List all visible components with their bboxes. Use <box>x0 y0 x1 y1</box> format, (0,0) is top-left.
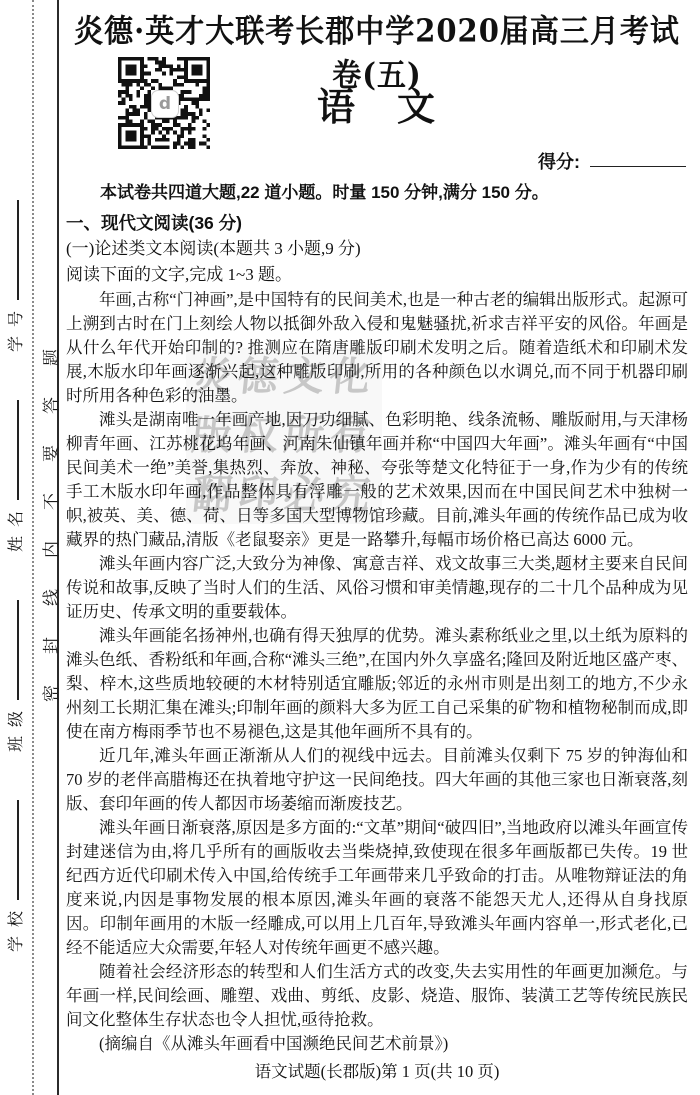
exam-intro: 本试卷共四道大题,22 道小题。时量 150 分钟,满分 150 分。 <box>66 178 688 203</box>
passage-paragraph: 滩头是湖南唯一年画产地,因刀功细腻、色彩明艳、线条流畅、雕版耐用,与天津杨柳青年… <box>66 408 688 552</box>
score-label: 得分: <box>538 148 580 174</box>
reading-instruction: 阅读下面的文字,完成 1~3 题。 <box>66 262 688 288</box>
student-info-fields: 学校班级姓名学号 <box>3 152 26 952</box>
class-blank-line <box>15 600 19 700</box>
passage-paragraph: 滩头年画能名扬神州,也确有得天独厚的优势。滩头素称纸业之里,以土纸为原料的滩头色… <box>66 624 688 744</box>
passage-attribution: (摘编自《从滩头年画看中国濒绝民间艺术前景》) <box>66 1032 688 1056</box>
passage-paragraph: 滩头年画日渐衰落,原因是多方面的:“文革”期间“破四旧”,当地政府以滩头年画宣传… <box>66 816 688 960</box>
subsection-heading: (一)论述类文本阅读(本题共 3 小题,9 分) <box>66 236 688 262</box>
subject-title: 语 文 <box>66 76 688 131</box>
seal-line-notice: 密封线内不要答题 <box>37 318 62 702</box>
passage-paragraph: 随着社会经济形态的转型和人们生活方式的改变,失去实用性的年画更加濒危。与年画一样… <box>66 960 688 1032</box>
school-blank-line <box>15 800 19 900</box>
student-id-blank-line <box>15 200 19 300</box>
page-footer: 语文试题(长郡版)第 1 页(共 10 页) <box>66 1058 688 1082</box>
passage-paragraph: 滩头年画内容广泛,大致分为神像、寓意吉祥、戏文故事三大类,题材主要来自民间传说和… <box>66 552 688 624</box>
main-content: 炎德·英才大联考长郡中学2020届高三月考试卷(五) d 语 文 得分: 本试卷… <box>66 0 688 92</box>
student-id-field-label: 学号 <box>8 302 25 352</box>
passage-paragraph: 近几年,滩头年画正渐渐从人们的视线中远去。目前滩头仅剩下 75 岁的钟海仙和 7… <box>66 744 688 816</box>
exam-paper-page: 炎德文化 版权所有 翻印必究 学校班级姓名学号 密封线内不要答题 炎德·英才大联… <box>0 0 700 1095</box>
class-field-label: 班级 <box>8 702 25 752</box>
name-blank-line <box>15 400 19 500</box>
seal-fold-dotted-line <box>32 0 34 1095</box>
passage-paragraph: 年画,古称“门神画”,是中国特有的民间美术,也是一种古老的编辑出版形式。起源可上… <box>66 288 688 408</box>
section-heading: 一、现代文阅读(36 分) <box>66 210 688 236</box>
name-field-label: 姓名 <box>8 502 25 552</box>
reading-section: 一、现代文阅读(36 分) (一)论述类文本阅读(本题共 3 小题,9 分) 阅… <box>66 210 688 1056</box>
score-blank-line <box>590 166 686 167</box>
school-field-label: 学校 <box>8 902 25 952</box>
